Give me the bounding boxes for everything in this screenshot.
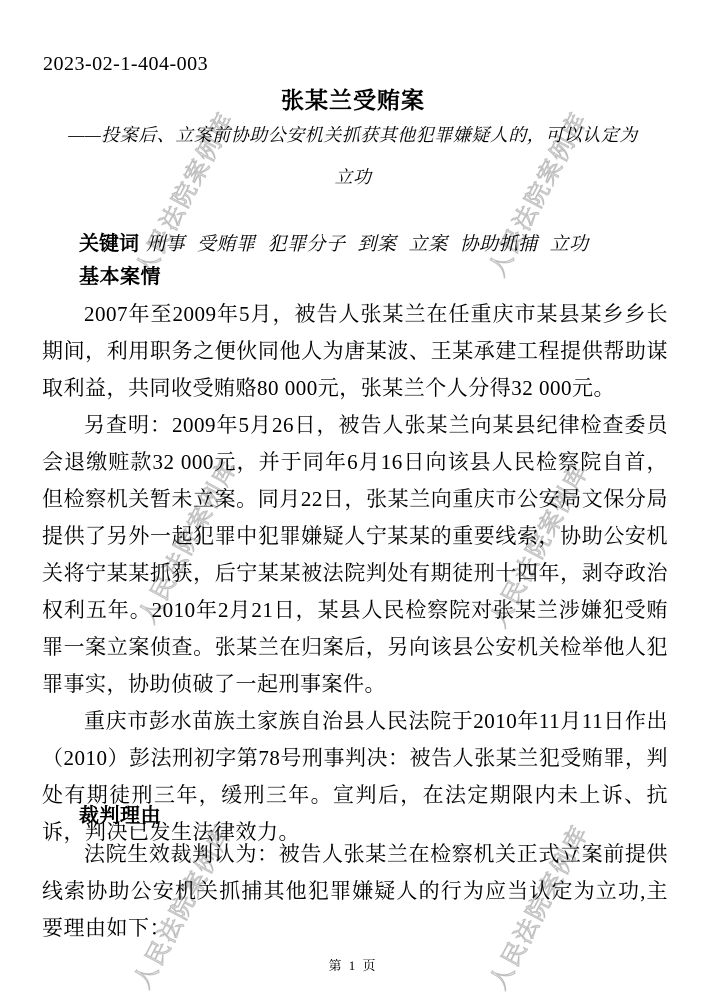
document-page: 人民法院案例库 人民法院案例库 人民法院案例库 人民法院案例库 人民法院案例库 … [0, 0, 706, 999]
paragraph-basic-facts-2: 另查明：2009年5月26日，被告人张某兰向某县纪律检查委员会退缴赃款32 00… [42, 407, 668, 703]
case-title: 张某兰受贿案 [0, 82, 706, 115]
keyword-item: 犯罪分子 [268, 234, 346, 255]
keyword-item: 立案 [409, 234, 448, 255]
case-subtitle-line1: ——投案后、立案前协助公安机关抓获其他犯罪嫌疑人的，可以认定为 [0, 121, 706, 147]
judgment-reasons-paragraphs: 法院生效裁判认为：被告人张某兰在检察机关正式立案前提供线索协助公安机关抓捕其他犯… [42, 836, 668, 947]
keyword-item: 协助抓捕 [460, 234, 538, 255]
page-number: 第 1 页 [0, 955, 706, 974]
case-subtitle-line2: 立功 [0, 163, 706, 189]
section-heading-judgment-reasons: 裁判理由 [79, 799, 161, 828]
keyword-item: 刑事 [146, 234, 185, 255]
basic-facts-paragraphs: 2007年至2009年5月，被告人张某兰在任重庆市某县某乡乡长期间，利用职务之便… [42, 296, 668, 851]
keyword-item: 到案 [358, 234, 397, 255]
paragraph-basic-facts-3: 重庆市彭水苗族土家族自治县人民法院于2010年11月11日作出（2010）彭法刑… [42, 703, 668, 851]
case-number: 2023-02-1-404-003 [43, 53, 208, 76]
keyword-item: 受贿罪 [197, 234, 256, 255]
document-content: 2023-02-1-404-003 张某兰受贿案 ——投案后、立案前协助公安机关… [0, 0, 706, 999]
keyword-item: 立功 [550, 234, 589, 255]
section-heading-basic-facts: 基本案情 [79, 260, 161, 289]
keywords-line: 关键词刑事受贿罪犯罪分子到案立案协助抓捕立功 [79, 227, 679, 256]
paragraph-basic-facts-1: 2007年至2009年5月，被告人张某兰在任重庆市某县某乡乡长期间，利用职务之便… [42, 296, 668, 407]
paragraph-judgment-reasons-1: 法院生效裁判认为：被告人张某兰在检察机关正式立案前提供线索协助公安机关抓捕其他犯… [42, 836, 668, 947]
keywords-label: 关键词 [79, 233, 139, 255]
